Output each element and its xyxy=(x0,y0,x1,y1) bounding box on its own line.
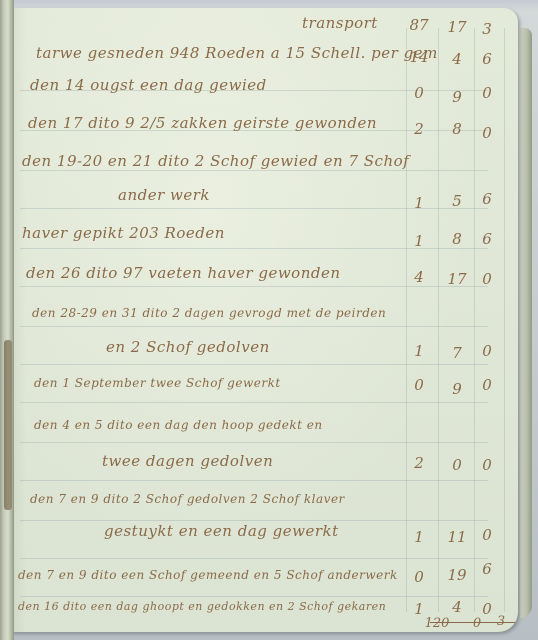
amount-pounds: 2 xyxy=(408,454,430,472)
amount-pence: 0 xyxy=(476,526,498,544)
total-shillings: 0 xyxy=(466,616,488,631)
amount-shillings: 0 xyxy=(446,456,468,474)
amount-pence: 0 xyxy=(476,342,498,360)
entry-text: den 7 en 9 dito 2 Schof gedolven 2 Schof… xyxy=(30,492,345,506)
amount-pence: 6 xyxy=(476,50,498,68)
amount-pence: 6 xyxy=(476,560,498,578)
entry-text: den 1 September twee Schof gewerkt xyxy=(34,376,281,390)
ledger-page: transport 87 17 3 tarwe gesneden 948 Roe… xyxy=(6,8,518,632)
entry-text: den 7 en 9 dito een Schof gemeend en 5 S… xyxy=(18,568,398,582)
ruled-line xyxy=(20,596,488,597)
ruled-line xyxy=(20,402,488,403)
amount-pounds: 1 xyxy=(408,232,430,250)
entry-continuation: twee dagen gedolven xyxy=(102,452,273,470)
column-line xyxy=(438,28,439,612)
total-pounds: 120 xyxy=(420,616,454,631)
ruled-line xyxy=(20,364,488,365)
amount-pounds: 1 xyxy=(408,194,430,212)
ruled-line xyxy=(20,286,488,287)
scanned-ledger: transport 87 17 3 tarwe gesneden 948 Roe… xyxy=(0,0,538,640)
amount-pence: 6 xyxy=(476,230,498,248)
ruled-line xyxy=(20,480,488,481)
amount-shillings: 17 xyxy=(446,270,468,288)
amount-pence: 0 xyxy=(476,270,498,288)
ruled-line xyxy=(20,558,488,559)
amount-shillings: 19 xyxy=(446,566,468,584)
amount-pounds: 1 xyxy=(408,528,430,546)
column-line xyxy=(406,28,407,612)
amount-shillings: 9 xyxy=(446,88,468,106)
amount-shillings: 9 xyxy=(446,380,468,398)
entry-continuation: gestuykt en een dag gewerkt xyxy=(104,522,339,540)
amount-shillings: 4 xyxy=(446,598,468,616)
column-line xyxy=(504,28,505,612)
amount-pounds: 14 xyxy=(408,48,430,66)
amount-pounds: 1 xyxy=(408,342,430,360)
amount-pence: 0 xyxy=(476,84,498,102)
amount-pounds: 87 xyxy=(408,16,430,34)
ruled-line xyxy=(20,326,488,327)
entry-continuation: ander werk xyxy=(118,186,210,204)
amount-shillings: 4 xyxy=(446,50,468,68)
amount-pounds: 0 xyxy=(408,376,430,394)
book-spine xyxy=(0,0,14,640)
amount-pence: 6 xyxy=(476,190,498,208)
entry-text: den 28-29 en 31 dito 2 dagen gevrogd met… xyxy=(32,306,386,320)
amount-shillings: 8 xyxy=(446,230,468,248)
entry-text: den 19-20 en 21 dito 2 Schof gewied en 7… xyxy=(22,152,409,170)
amount-pence: 3 xyxy=(476,20,498,38)
total-pence: 3 xyxy=(490,614,512,629)
entry-text: den 16 dito een dag ghoopt en gedokken e… xyxy=(18,600,386,613)
transport-label: transport xyxy=(302,14,378,32)
ruled-line xyxy=(20,442,488,443)
entry-text: den 14 ougst een dag gewied xyxy=(30,76,267,94)
amount-shillings: 11 xyxy=(446,528,468,546)
entry-continuation: en 2 Schof gedolven xyxy=(106,338,270,356)
amount-pounds: 0 xyxy=(408,568,430,586)
amount-shillings: 5 xyxy=(446,192,468,210)
entry-text: haver gepikt 203 Roeden xyxy=(22,224,225,242)
entry-text: den 4 en 5 dito een dag den hoop gedekt … xyxy=(34,418,323,432)
entry-text: den 17 dito 9 2/5 zakken geirste gewonde… xyxy=(28,114,377,132)
amount-shillings: 17 xyxy=(446,18,468,36)
amount-pence: 0 xyxy=(476,124,498,142)
entry-text: tarwe gesneden 948 Roeden a 15 Schell. p… xyxy=(36,44,438,62)
spine-binding xyxy=(4,340,12,510)
ruled-line xyxy=(20,170,488,171)
amount-pounds: 2 xyxy=(408,120,430,138)
amount-pounds: 0 xyxy=(408,84,430,102)
amount-shillings: 7 xyxy=(446,344,468,362)
amount-pence: 0 xyxy=(476,456,498,474)
amount-pence: 0 xyxy=(476,376,498,394)
amount-pounds: 4 xyxy=(408,268,430,286)
ruled-line xyxy=(20,520,488,521)
amount-shillings: 8 xyxy=(446,120,468,138)
entry-text: den 26 dito 97 vaeten haver gewonden xyxy=(26,264,341,282)
column-line xyxy=(474,28,475,612)
page-edge xyxy=(520,28,532,618)
